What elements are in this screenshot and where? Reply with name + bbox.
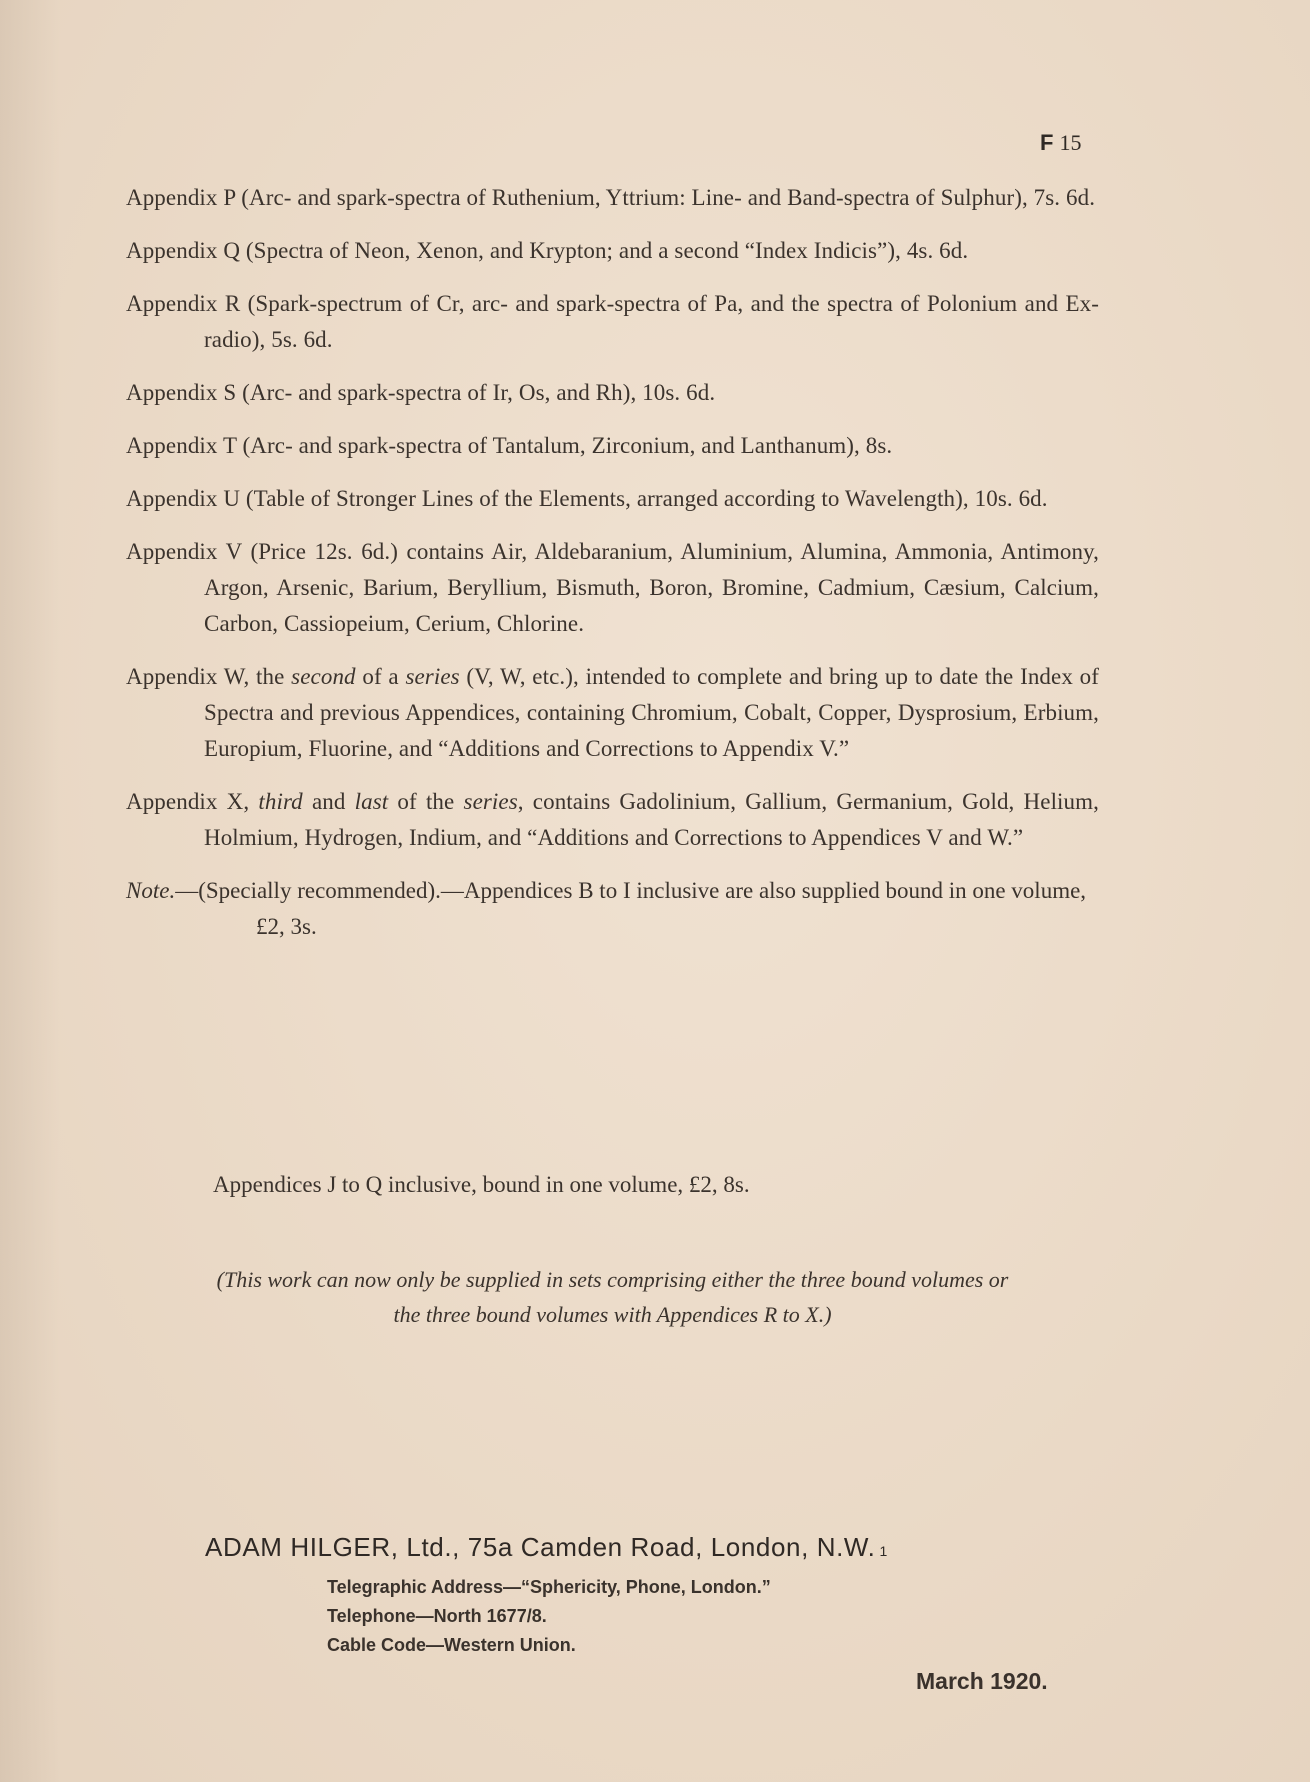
appendix-u: Appendix U (Table of Stronger Lines of t… — [126, 481, 1099, 517]
postal-district: 1 — [879, 1543, 887, 1559]
italic-run: series — [405, 664, 459, 689]
appendix-p: Appendix P (Arc- and spark-spectra of Ru… — [126, 180, 1099, 216]
cable-code: Cable Code—Western Union. — [327, 1631, 888, 1660]
appendix-v: Appendix V (Price 12s. 6d.) contains Air… — [126, 534, 1099, 642]
appendix-r: Appendix R (Spark-spectrum of Cr, arc- a… — [126, 286, 1099, 358]
appendix-t: Appendix T (Arc- and spark-spectra of Ta… — [126, 428, 1099, 464]
note-text: —(Specially recommended).—Appendices B t… — [175, 878, 1086, 939]
folio-letter: F — [1040, 130, 1053, 155]
contact-details: Telegraphic Address—“Sphericity, Phone, … — [327, 1573, 888, 1660]
page-folio: F15 — [1040, 130, 1081, 156]
bound-volume-line: Appendices J to Q inclusive, bound in on… — [213, 1172, 750, 1198]
notice-line-1: (This work can now only be supplied in s… — [126, 1262, 1099, 1297]
appendix-list: Appendix P (Arc- and spark-spectra of Ru… — [126, 180, 1099, 945]
note-paragraph: Note.—(Specially recommended).—Appendice… — [126, 873, 1099, 945]
telephone: Telephone—North 1677/8. — [327, 1602, 888, 1631]
firm-name: ADAM HILGER, Ltd., 75a Camden Road, Lond… — [205, 1532, 875, 1562]
appendix-x: Appendix X, third and last of the series… — [126, 784, 1099, 856]
firm-address: ADAM HILGER, Ltd., 75a Camden Road, Lond… — [205, 1532, 888, 1563]
text-run: Appendix W, the — [126, 664, 291, 689]
appendix-q: Appendix Q (Spectra of Neon, Xenon, and … — [126, 233, 1099, 269]
italic-run: series — [464, 789, 518, 814]
publication-date: March 1920. — [916, 1668, 1048, 1695]
telegraphic-address: Telegraphic Address—“Sphericity, Phone, … — [327, 1573, 888, 1602]
appendix-s: Appendix S (Arc- and spark-spectra of Ir… — [126, 375, 1099, 411]
italic-run: second — [291, 664, 355, 689]
publisher-imprint: ADAM HILGER, Ltd., 75a Camden Road, Lond… — [205, 1532, 888, 1660]
text-run: and — [303, 789, 355, 814]
text-run: Appendix X, — [126, 789, 258, 814]
italic-run: last — [355, 789, 389, 814]
notice-line-2: the three bound volumes with Appendices … — [126, 1297, 1099, 1332]
italic-run: third — [258, 789, 302, 814]
note-label: Note. — [126, 878, 175, 903]
appendix-w: Appendix W, the second of a series (V, W… — [126, 659, 1099, 767]
folio-number: 15 — [1059, 130, 1081, 155]
supply-notice: (This work can now only be supplied in s… — [126, 1262, 1099, 1332]
text-run: of a — [356, 664, 406, 689]
text-run: of the — [388, 789, 463, 814]
